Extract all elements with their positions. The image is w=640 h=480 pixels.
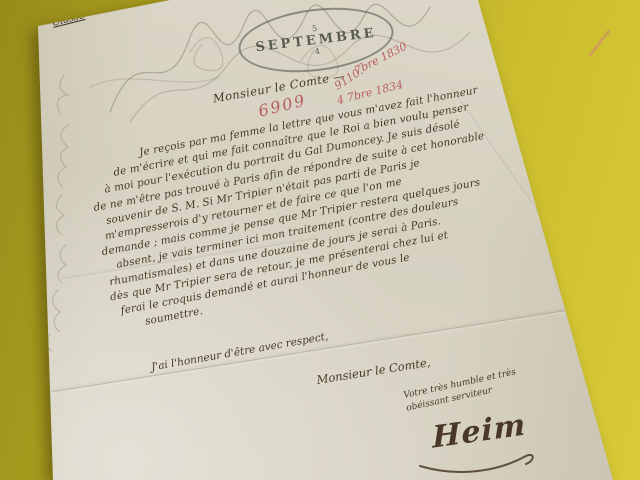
stamp-number: 4	[314, 47, 320, 56]
paper-shadow: Classé 5 SEPTEMBRE 4 9110. 7bre 1830 690…	[0, 0, 640, 480]
signature: Heim	[432, 407, 527, 455]
pencil-margin-scribbles	[4, 55, 94, 355]
photo-of-letter: Classé 5 SEPTEMBRE 4 9110. 7bre 1830 690…	[0, 0, 640, 480]
valediction: Votre très humble et très obéissant serv…	[403, 366, 520, 415]
signature-flourish	[418, 452, 538, 478]
letter-paper: Classé 5 SEPTEMBRE 4 9110. 7bre 1830 690…	[0, 0, 640, 480]
closing-addressee: Monsieur le Comte,	[316, 355, 432, 387]
